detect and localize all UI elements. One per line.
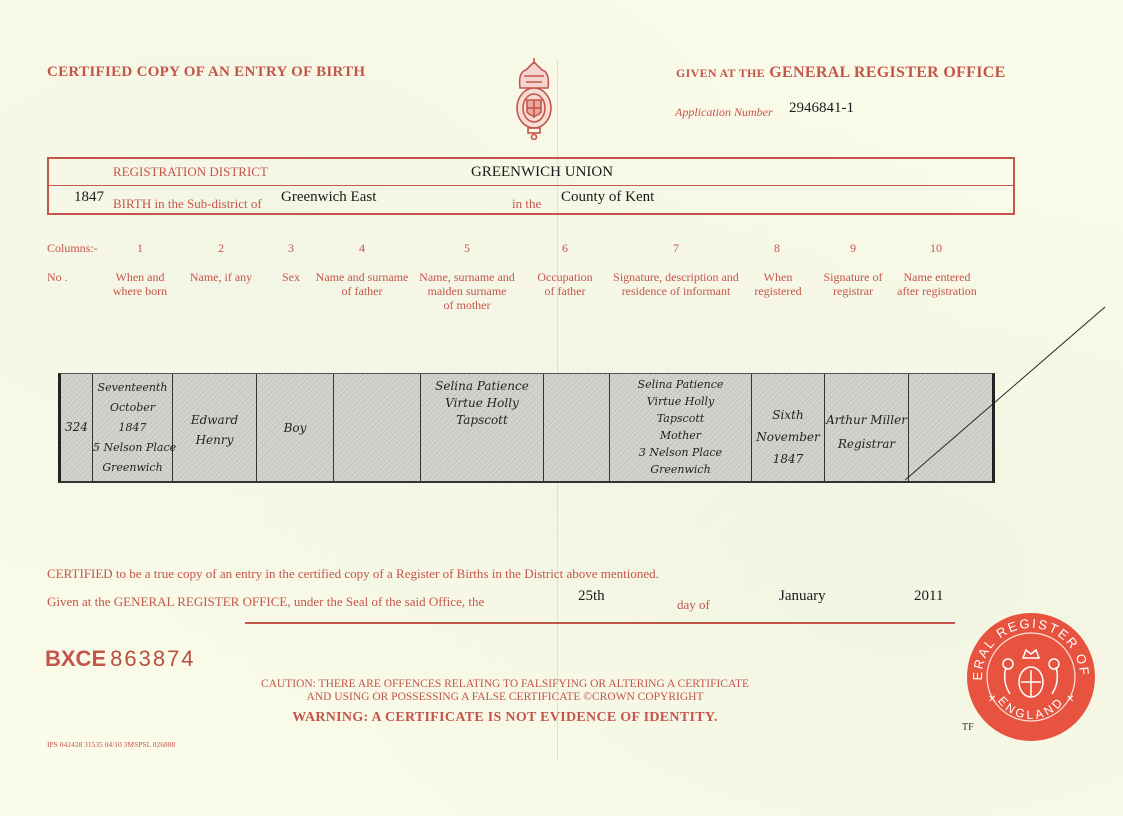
entry-sex: Boy	[257, 420, 333, 436]
certificate-serial: BXCE863874	[45, 646, 196, 672]
column-header-when-born: When and where born	[100, 270, 180, 298]
column-header-when-registered: When registered	[745, 270, 811, 298]
entry-mother: Selina Patience Virtue Holly Tapscott	[421, 378, 543, 429]
entry-when-where-born: Seventeenth October 1847 5 Nelson Place …	[93, 378, 172, 478]
certified-statement: CERTIFIED to be a true copy of an entry …	[47, 566, 659, 582]
given-at-label: GIVEN AT THE	[676, 66, 765, 80]
register-entry-strip: 324 Seventeenth October 1847 5 Nelson Pl…	[58, 373, 995, 483]
identity-warning: WARNING: A CERTIFICATE IS NOT EVIDENCE O…	[240, 710, 770, 726]
diagonal-cancel-line	[905, 305, 1110, 485]
in-the-label: in the	[512, 196, 541, 212]
application-number: 2946841-1	[789, 100, 854, 117]
entry-informant: Selina Patience Virtue Holly Tapscott Mo…	[610, 376, 751, 478]
registration-box: REGISTRATION DISTRICT GREENWICH UNION 18…	[47, 157, 1015, 215]
registration-district-label: REGISTRATION DISTRICT	[113, 164, 268, 180]
column-header-name: Name, if any	[180, 270, 262, 284]
issue-month: January	[779, 588, 826, 605]
column-number: 3	[281, 241, 301, 256]
signature-rule	[245, 622, 955, 624]
column-number: 7	[666, 241, 686, 256]
entry-when-registered: Sixth November 1847	[752, 404, 824, 470]
entry-name: Edward Henry	[173, 410, 256, 450]
svg-text:✕: ✕	[988, 694, 996, 705]
column-header-mother: Name, surname and maiden surname of moth…	[414, 270, 520, 312]
column-header-occupation: Occupation of father	[528, 270, 602, 298]
serial-number: 863874	[110, 646, 195, 671]
clerk-initials: TF	[962, 722, 974, 733]
svg-text:✕: ✕	[1066, 694, 1074, 705]
office-name: GENERAL REGISTER OFFICE	[769, 64, 1005, 81]
column-number: 6	[555, 241, 575, 256]
column-header-registrar: Signature of registrar	[815, 270, 891, 298]
issue-day: 25th	[578, 588, 605, 605]
county-value: County of Kent	[561, 189, 654, 206]
column-header-informant: Signature, description and residence of …	[606, 270, 746, 298]
column-divider	[543, 374, 544, 481]
application-number-label: Application Number	[675, 105, 773, 120]
column-divider	[333, 374, 334, 481]
column-header-no: No .	[47, 270, 68, 285]
column-number: 8	[767, 241, 787, 256]
entry-registrar: Arthur Miller Registrar	[825, 408, 908, 456]
caution-notice: CAUTION: THERE ARE OFFENCES RELATING TO …	[240, 678, 770, 704]
column-number: 1	[130, 241, 150, 256]
serial-prefix: BXCE	[45, 646, 106, 671]
subdistrict-value: Greenwich East	[281, 189, 376, 206]
registration-divider	[49, 185, 1013, 186]
column-number: 4	[352, 241, 372, 256]
column-header-sex: Sex	[272, 270, 310, 284]
column-number: 2	[211, 241, 231, 256]
day-of-label: day of	[677, 597, 710, 613]
issue-year: 2011	[914, 588, 943, 605]
entry-number: 324	[61, 419, 92, 435]
registration-year: 1847	[74, 189, 104, 206]
column-number: 10	[926, 241, 946, 256]
column-number: 5	[457, 241, 477, 256]
certificate-title: CERTIFIED COPY OF AN ENTRY OF BIRTH	[47, 64, 365, 81]
royal-crest-icon	[512, 58, 556, 140]
issuing-office: GIVEN AT THE GENERAL REGISTER OFFICE	[676, 64, 1006, 82]
caution-line-1: CAUTION: THERE ARE OFFENCES RELATING TO …	[240, 678, 770, 691]
print-code: IPS 042428 31535 04/10 3MSPSL 026888	[47, 740, 175, 749]
columns-label: Columns:-	[47, 241, 98, 256]
caution-line-2: AND USING OR POSSESSING A FALSE CERTIFIC…	[240, 691, 770, 704]
given-statement: Given at the GENERAL REGISTER OFFICE, un…	[47, 594, 484, 610]
column-number: 9	[843, 241, 863, 256]
column-header-name-after: Name entered after registration	[892, 270, 982, 298]
registration-district-value: GREENWICH UNION	[471, 164, 613, 181]
subdistrict-label: BIRTH in the Sub-district of	[113, 196, 262, 212]
column-header-father: Name and surname of father	[312, 270, 412, 298]
general-register-office-seal-icon: GENERAL REGISTER OFFICE ENGLAND ✕ ✕	[966, 612, 1096, 742]
